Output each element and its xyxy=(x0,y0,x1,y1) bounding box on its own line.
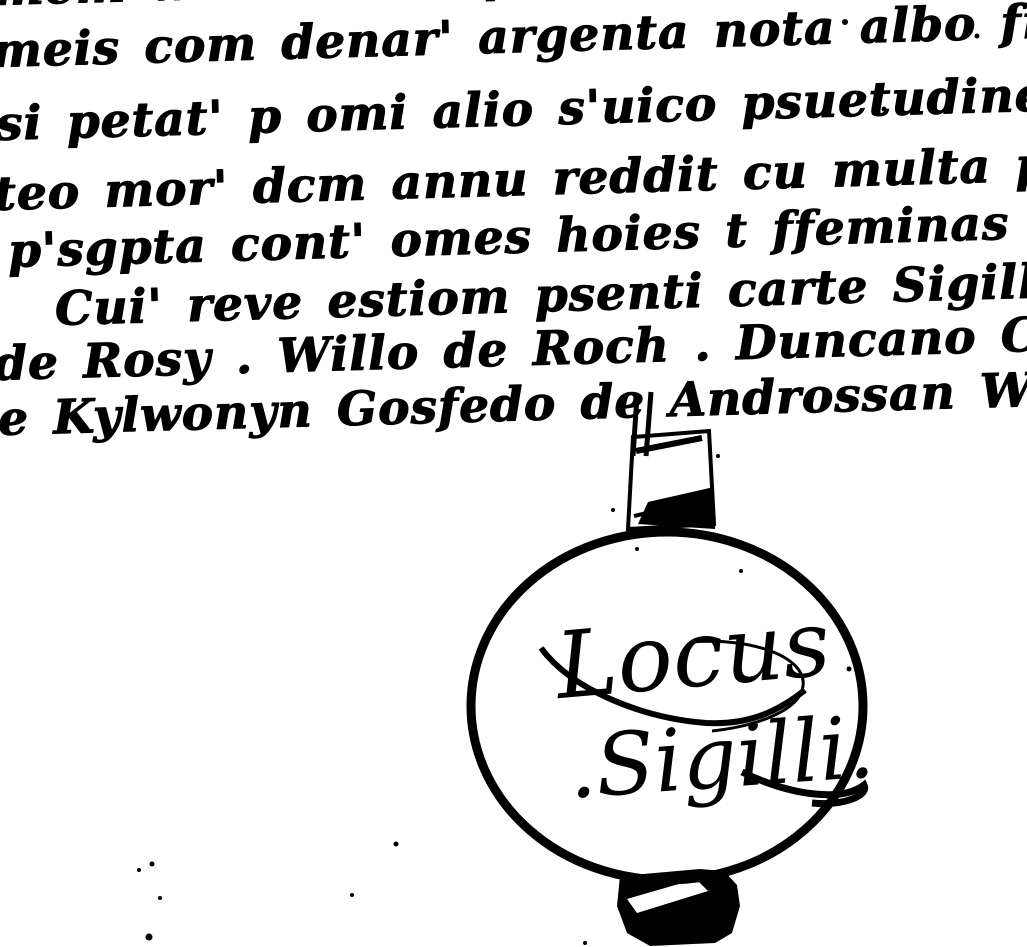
ink-speckle xyxy=(158,896,162,900)
ink-speckle-group xyxy=(137,19,980,945)
ink-speckle xyxy=(611,508,615,512)
ink-speckle xyxy=(150,862,155,867)
manuscript-page: mem w p meis com denar' argenta nota alb… xyxy=(0,0,1027,947)
ink-speckle xyxy=(137,868,141,872)
seal-top-tag xyxy=(628,392,715,529)
ink-speckle xyxy=(350,893,354,897)
ink-speckle xyxy=(635,547,639,551)
ink-speckle xyxy=(739,569,743,573)
ink-speckle xyxy=(716,454,720,458)
seal-placeholder: Locus .Sigilli. xyxy=(0,0,1027,947)
ink-speckle xyxy=(975,34,980,39)
ink-speckle xyxy=(146,934,153,941)
ink-speckle xyxy=(882,107,887,112)
ink-speckle xyxy=(583,941,587,945)
ink-speckle xyxy=(847,667,852,672)
ink-speckle xyxy=(230,55,234,59)
ink-speckle xyxy=(394,842,399,847)
ink-speckle xyxy=(842,19,848,25)
